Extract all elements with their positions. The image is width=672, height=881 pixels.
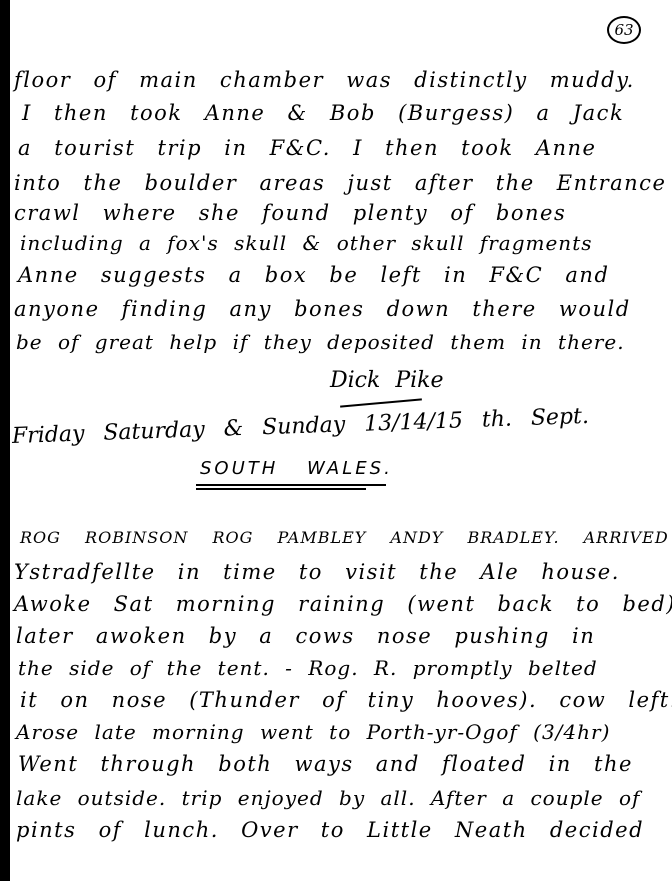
entry-1-line-9: be of great help if they deposited them … [16, 332, 625, 352]
entry-2-location-heading: SOUTH WALES. [200, 458, 393, 479]
entry-2-line-4: later awoken by a cows nose pushing in [16, 626, 595, 647]
entry-2-line-6: it on nose (Thunder of tiny hooves). cow… [20, 690, 672, 711]
entry-1-line-5: crawl where she found plenty of bones [14, 203, 566, 224]
location-underline-2 [196, 488, 366, 490]
notebook-binding-edge [0, 0, 10, 881]
page-number: 63 [614, 23, 633, 38]
entry-2-line-10: pints of lunch. Over to Little Neath dec… [16, 820, 644, 841]
entry-1-line-8: anyone finding any bones down there woul… [14, 299, 631, 320]
signature: Dick Pike [330, 368, 444, 393]
entry-1-line-6: including a fox's skull & other skull fr… [20, 233, 593, 253]
entry-2-line-7: Arose late morning went to Porth-yr-Ogof… [16, 722, 610, 742]
entry-2-line-9: lake outside. trip enjoyed by all. After… [16, 788, 640, 808]
location-underline-1 [196, 484, 386, 486]
page-number-circle: 63 [607, 16, 641, 44]
entry-1-line-1: floor of main chamber was distinctly mud… [14, 70, 635, 91]
entry-1-line-7: Anne suggests a box be left in F&C and [18, 265, 609, 286]
entry-2-line-1: ROG ROBINSON ROG PAMBLEY ANDY BRADLEY. A… [20, 530, 669, 546]
entry-1-line-2: I then took Anne & Bob (Burgess) a Jack [22, 103, 624, 124]
entry-2-line-8: Went through both ways and floated in th… [18, 754, 633, 775]
entry-2-date-heading: Friday Saturday & Sunday 13/14/15 th. Se… [12, 404, 590, 449]
entry-1-line-4: into the boulder areas just after the En… [14, 173, 666, 194]
signature-underline [340, 398, 422, 407]
entry-2-line-5: the side of the tent. - Rog. R. promptly… [18, 658, 598, 678]
entry-2-line-2: Ystradfellte in time to visit the Ale ho… [14, 562, 620, 583]
entry-2-line-3: Awoke Sat morning raining (went back to … [14, 594, 672, 615]
entry-1-line-3: a tourist trip in F&C. I then took Anne [18, 138, 596, 159]
